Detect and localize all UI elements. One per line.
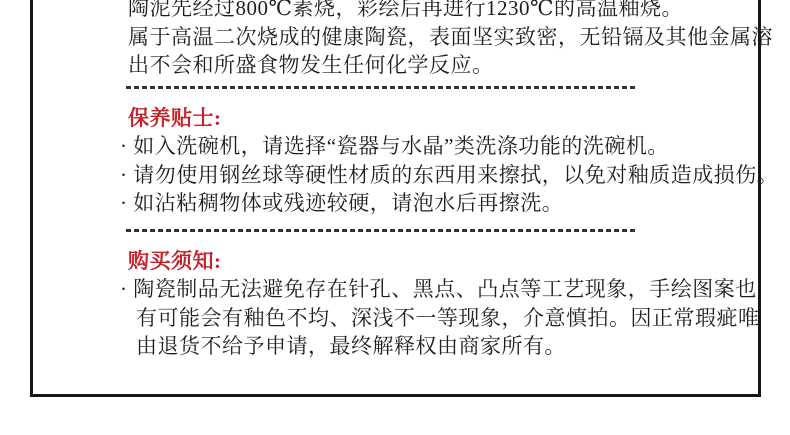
care-tip-item: · 如入洗碗机，请选择“瓷器与水晶”类洗涤功能的洗碗机。 — [120, 132, 753, 161]
content-frame: 陶泥先经过800℃素烧，彩绘后再进行1230℃的高温釉烧。 属于高温二次烧成的健… — [30, 0, 761, 397]
intro-line: 出不会和所盛食物发生任何化学反应。 — [128, 51, 753, 80]
care-tips-heading: 保养贴士: — [128, 104, 753, 133]
dashed-divider — [126, 229, 636, 232]
care-tip-item: · 请勿使用钢丝球等硬性材质的东西用来擦拭，以免对釉质造成损伤。 — [120, 161, 753, 190]
dashed-divider — [126, 86, 636, 89]
description-content: 陶泥先经过800℃素烧，彩绘后再进行1230℃的高温釉烧。 属于高温二次烧成的健… — [128, 0, 753, 361]
purchase-notes-section: 购买须知: · 陶瓷制品无法避免存在针孔、黑点、凸点等工艺现象，手绘图案也 有可… — [128, 247, 753, 361]
intro-paragraph: 陶泥先经过800℃素烧，彩绘后再进行1230℃的高温釉烧。 属于高温二次烧成的健… — [128, 0, 753, 80]
intro-line: 属于高温二次烧成的健康陶瓷，表面坚实致密，无铅镉及其他金属溶 — [128, 23, 753, 52]
purchase-notes-heading: 购买须知: — [128, 247, 753, 276]
intro-line: 陶泥先经过800℃素烧，彩绘后再进行1230℃的高温釉烧。 — [128, 0, 753, 23]
care-tip-item: · 如沾粘稠物体或残迹较硬，请泡水后再擦洗。 — [120, 189, 753, 218]
purchase-note-line: 由退货不给予申请，最终解释权由商家所有。 — [136, 332, 753, 361]
purchase-note-line: 有可能会有釉色不均、深浅不一等现象，介意慎拍。因正常瑕疵唯 — [136, 304, 753, 333]
care-tips-section: 保养贴士: · 如入洗碗机，请选择“瓷器与水晶”类洗涤功能的洗碗机。 · 请勿使… — [128, 104, 753, 218]
product-description-page: 陶泥先经过800℃素烧，彩绘后再进行1230℃的高温釉烧。 属于高温二次烧成的健… — [0, 0, 790, 435]
purchase-note-line: · 陶瓷制品无法避免存在针孔、黑点、凸点等工艺现象，手绘图案也 — [120, 275, 753, 304]
